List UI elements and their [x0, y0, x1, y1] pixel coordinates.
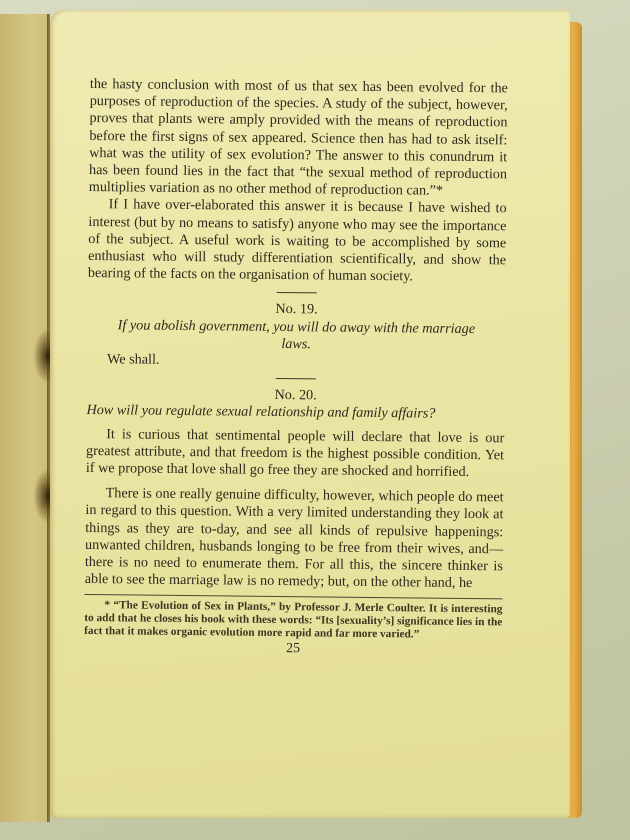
page-text: the hasty conclusion with most of us tha… — [84, 76, 508, 660]
section-divider — [276, 378, 316, 379]
footnote: * “The Evolution of Sex in Plants,” by P… — [84, 599, 502, 642]
section-divider — [277, 292, 317, 293]
page-number: 25 — [84, 638, 502, 660]
book-page: the hasty conclusion with most of us tha… — [50, 10, 570, 818]
paragraph: If I have over-elaborated this answer it… — [88, 196, 507, 286]
section-question: How will you regulate sexual relationshi… — [86, 402, 504, 424]
continuation-paragraph: the hasty conclusion with most of us tha… — [89, 76, 508, 201]
section-question: If you abolish government, you will do a… — [87, 317, 505, 356]
footnote-divider — [85, 594, 503, 599]
previous-page-edge — [0, 14, 50, 822]
section-answer: We shall. — [87, 351, 505, 373]
paragraph: There is one really genuine difficulty, … — [85, 485, 504, 593]
paragraph: It is curious that sentimental people wi… — [86, 426, 505, 482]
